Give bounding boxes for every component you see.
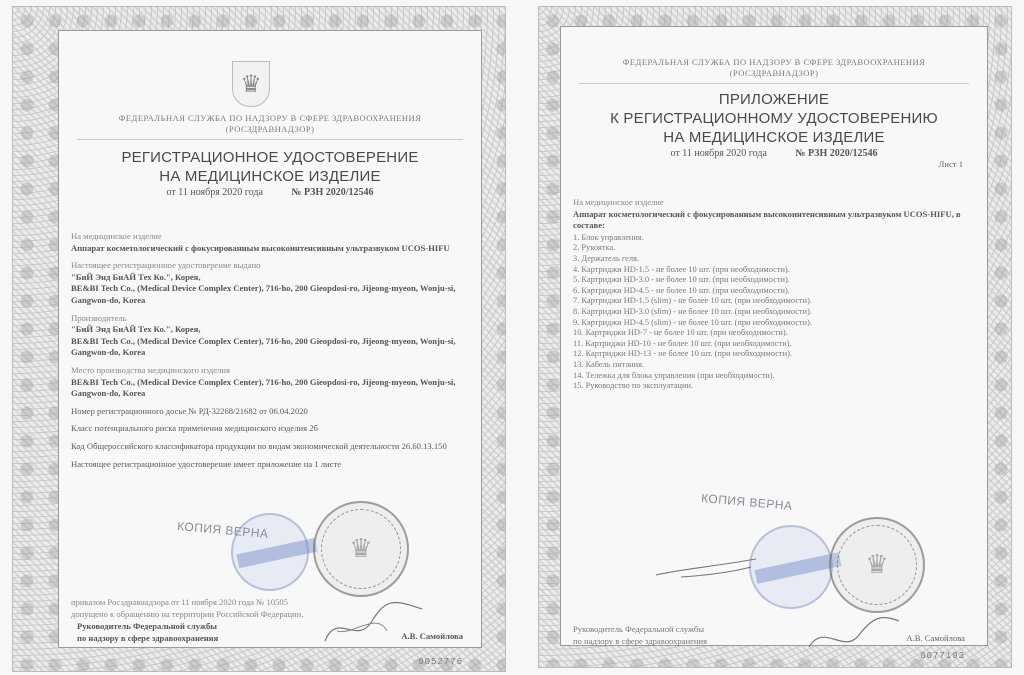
- component-item: 8. Картриджи HD-3.0 (slim) - не более 10…: [573, 307, 969, 318]
- risk-class: Класс потенциального риска применения ме…: [71, 423, 461, 435]
- component-item: 2. Рукоятка.: [573, 243, 969, 254]
- agency-name: ФЕДЕРАЛЬНАЯ СЛУЖБА ПО НАДЗОРУ В СФЕРЕ ЗД…: [561, 57, 987, 68]
- signatory-name: А.В. Самойлова: [401, 631, 463, 641]
- okpd-code: Код Общероссийского классификатора проду…: [71, 441, 461, 453]
- device-section: На медицинское изделие Аппарат косметоло…: [573, 197, 969, 232]
- signature: [799, 607, 909, 657]
- component-item: 14. Тележка для блока управления (при не…: [573, 371, 969, 382]
- appendix-note: Настоящее регистрационное удостоверение …: [71, 459, 461, 471]
- order-note-2: допущено к обращению на территории Росси…: [71, 609, 303, 621]
- signatory-title-2: по надзору в сфере здравоохранения: [77, 632, 303, 644]
- dossier-number: Номер регистрационного досье № РД-32268/…: [71, 406, 461, 418]
- component-list: 1. Блок управления.2. Рукоятка.3. Держат…: [573, 233, 969, 392]
- agency-abbreviation: (РОСЗДРАВНАДЗОР): [59, 124, 481, 135]
- appendix-subtitle-1: К РЕГИСТРАЦИОННОМУ УДОСТОВЕРЕНИЮ: [561, 109, 987, 128]
- appendix-subtitle-2: НА МЕДИЦИНСКОЕ ИЗДЕЛИЕ: [561, 128, 987, 147]
- component-item: 10. Картриджи HD-7 - не более 10 шт. (пр…: [573, 328, 969, 339]
- official-seal: ♛: [829, 517, 925, 613]
- signatory-name: А.В. Самойлова: [906, 633, 965, 643]
- agency-abbreviation: (РОСЗДРАВНАДЗОР): [561, 68, 987, 79]
- signatory-title-2: по надзору в сфере здравоохранения: [573, 635, 707, 647]
- issue-date-line: от 11 ноября 2020 года № РЗН 2020/12546: [561, 148, 987, 159]
- document-subtitle: НА МЕДИЦИНСКОЕ ИЗДЕЛИЕ: [59, 167, 481, 186]
- registration-certificate-page: ♛ ФЕДЕРАЛЬНАЯ СЛУЖБА ПО НАДЗОРУ В СФЕРЕ …: [12, 6, 506, 672]
- issue-date-line: от 11 ноября 2020 года № РЗН 2020/12546: [59, 187, 481, 198]
- component-item: 1. Блок управления.: [573, 233, 969, 244]
- device-name: Аппарат косметологический с фокусированн…: [71, 243, 450, 253]
- divider: [579, 83, 969, 84]
- copy-certified-stamp: КОПИЯ ВЕРНА: [701, 491, 793, 513]
- appendix-body: ФЕДЕРАЛЬНАЯ СЛУЖБА ПО НАДЗОРУ В СФЕРЕ ЗД…: [560, 26, 988, 646]
- order-note-1: приказом Росздравнадзора от 11 ноября 20…: [71, 597, 303, 609]
- component-item: 5. Картриджи HD-3.0 - не более 10 шт. (п…: [573, 275, 969, 286]
- certificate-body: ♛ ФЕДЕРАЛЬНАЯ СЛУЖБА ПО НАДЗОРУ В СФЕРЕ …: [58, 30, 482, 648]
- sheet-number: Лист 1: [561, 159, 963, 169]
- russian-coat-of-arms-icon: ♛: [232, 61, 270, 107]
- signature: [317, 591, 427, 651]
- component-item: 3. Держатель геля.: [573, 254, 969, 265]
- appendix-title: ПРИЛОЖЕНИЕ: [561, 90, 987, 109]
- component-item: 4. Картриджи HD-1.5 - не более 10 шт. (п…: [573, 265, 969, 276]
- official-seal: ♛: [313, 501, 409, 597]
- certificate-number: № РЗН 2020/12546: [291, 187, 373, 198]
- device-name: Аппарат косметологический с фокусированн…: [573, 209, 961, 231]
- form-serial-number: 0052776: [418, 657, 463, 667]
- issued-to-section: Настоящее регистрационное удостоверение …: [71, 260, 461, 306]
- component-item: 11. Картриджи HD-10 - не более 10 шт. (п…: [573, 339, 969, 350]
- issue-date: от 11 ноября 2020 года: [166, 187, 262, 198]
- component-item: 7. Картриджи HD-1.5 (slim) - не более 10…: [573, 296, 969, 307]
- blue-stamp: [749, 525, 833, 609]
- issue-date: от 11 ноября 2020 года: [670, 148, 766, 159]
- device-section: На медицинское изделие Аппарат косметоло…: [71, 231, 461, 254]
- form-serial-number: 0077193: [920, 651, 965, 661]
- certifier-signature: [651, 547, 761, 587]
- manufacturer-section: Производитель "БиЙ Энд БиАЙ Тех Ко.", Ко…: [71, 313, 461, 359]
- component-item: 12. Картриджи HD-13 - не более 10 шт. (п…: [573, 349, 969, 360]
- component-item: 9. Картриджи HD-4.5 (slim) - не более 10…: [573, 318, 969, 329]
- production-place-section: Место производства медицинского изделия …: [71, 365, 461, 400]
- component-item: 13. Кабель питания.: [573, 360, 969, 371]
- signatory-title-1: Руководитель Федеральной службы: [573, 623, 707, 635]
- document-title: РЕГИСТРАЦИОННОЕ УДОСТОВЕРЕНИЕ: [59, 148, 481, 167]
- component-item: 6. Картриджи HD-4.5 - не более 10 шт. (п…: [573, 286, 969, 297]
- divider: [77, 139, 463, 140]
- agency-name: ФЕДЕРАЛЬНАЯ СЛУЖБА ПО НАДЗОРУ В СФЕРЕ ЗД…: [59, 113, 481, 124]
- certificate-appendix-page: ФЕДЕРАЛЬНАЯ СЛУЖБА ПО НАДЗОРУ В СФЕРЕ ЗД…: [538, 6, 1012, 668]
- signatory-title-1: Руководитель Федеральной службы: [77, 620, 303, 632]
- certificate-number: № РЗН 2020/12546: [795, 148, 877, 159]
- component-item: 15. Руководство по эксплуатации.: [573, 381, 969, 392]
